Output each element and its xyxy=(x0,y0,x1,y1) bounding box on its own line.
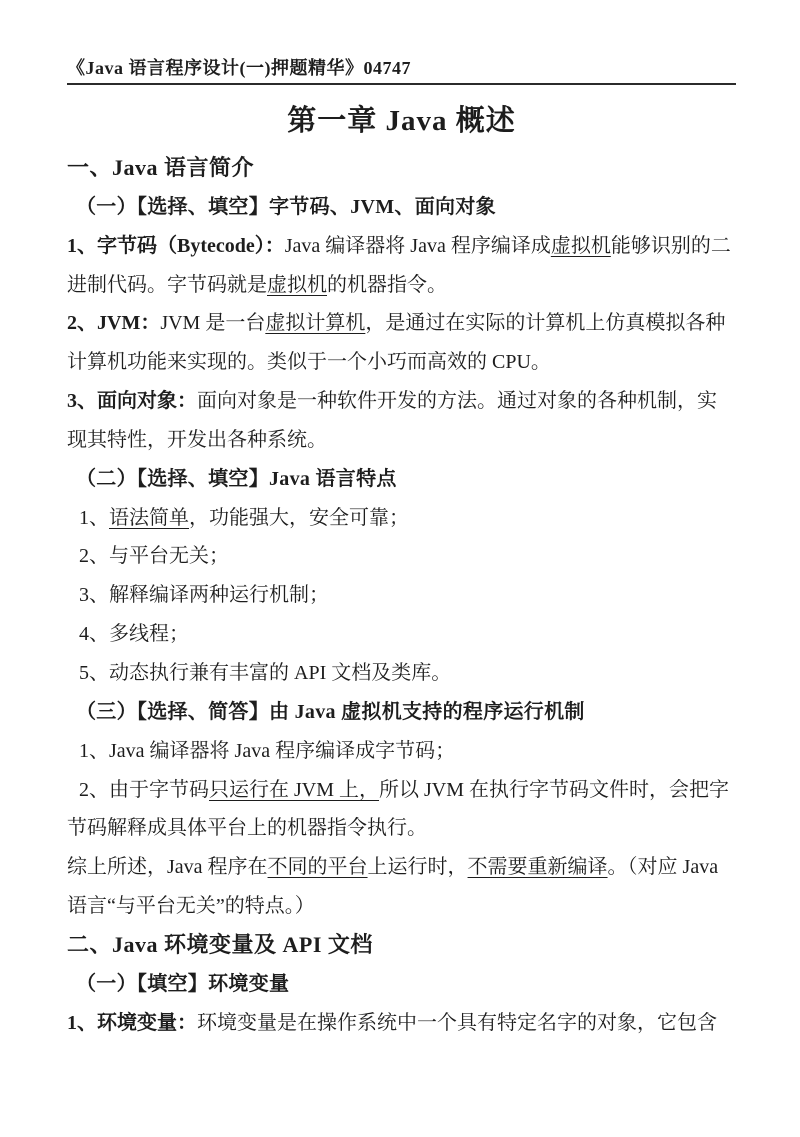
heading-line: （一）【填空】环境变量 xyxy=(76,965,736,1004)
text-line: 3、面向对象：面向对象是一种软件开发的方法。通过对象的各种机制，实 xyxy=(67,382,736,421)
text-line: 进制代码。字节码就是虚拟机的机器指令。 xyxy=(67,266,736,305)
text-line: 计算机功能来实现的。类似于一个小巧而高效的 CPU。 xyxy=(67,343,736,382)
text-segment: 。（对应 Java xyxy=(608,856,719,878)
bold-text: 1、字节码（Bytecode）： xyxy=(67,235,285,257)
text-segment: 现其特性，开发出各种系统。 xyxy=(67,429,327,451)
heading-line: （一）【选择、填空】字节码、JVM、面向对象 xyxy=(76,188,736,227)
heading-line: 二、Java 环境变量及 API 文档 xyxy=(67,926,736,965)
text-segment: 1、Java 编译器将 Java 程序编译成字节码； xyxy=(79,740,455,762)
underlined-text: 虚拟机 xyxy=(267,274,327,296)
text-line: 5、动态执行兼有丰富的 API 文档及类库。 xyxy=(79,654,736,693)
text-line: 1、语法简单，功能强大，安全可靠； xyxy=(79,499,736,538)
text-line: 2、与平台无关； xyxy=(79,537,736,576)
underlined-text: 不同的平台 xyxy=(268,856,368,878)
text-segment: （二）【选择、填空】Java 语言特点 xyxy=(76,468,397,490)
text-line: 语言“与平台无关”的特点。） xyxy=(67,887,736,926)
text-line: 现其特性，开发出各种系统。 xyxy=(67,421,736,460)
text-segment: 进制代码。字节码就是 xyxy=(67,274,267,296)
text-segment: 语言“与平台无关”的特点。） xyxy=(67,895,315,917)
text-segment: 5、动态执行兼有丰富的 API 文档及类库。 xyxy=(79,662,451,684)
underlined-text: 虚拟机 xyxy=(551,235,611,257)
text-segment: 1、 xyxy=(79,507,109,529)
document-header: 《Java 语言程序设计(一)押题精华》04747 xyxy=(67,0,736,85)
document-page: 《Java 语言程序设计(一)押题精华》04747 第一章 Java 概述 一、… xyxy=(0,0,800,1137)
text-segment: 节码解释成具体平台上的机器指令执行。 xyxy=(67,817,427,839)
heading-line: （三）【选择、简答】由 Java 虚拟机支持的程序运行机制 xyxy=(76,693,736,732)
header-title: 《Java 语言程序设计(一)押题精华》04747 xyxy=(67,58,411,78)
bold-text: 3、面向对象： xyxy=(67,390,197,412)
text-segment: 4、多线程； xyxy=(79,623,189,645)
text-segment: 面向对象是一种软件开发的方法。通过对象的各种机制，实 xyxy=(197,390,717,412)
text-line: 1、字节码（Bytecode）：Java 编译器将 Java 程序编译成虚拟机能… xyxy=(67,227,736,266)
text-segment: 环境变量是在操作系统中一个具有特定名字的对象，它包含 xyxy=(197,1012,717,1034)
underlined-text: 语法简单 xyxy=(109,507,189,529)
text-line: 1、环境变量：环境变量是在操作系统中一个具有特定名字的对象，它包含 xyxy=(67,1004,736,1043)
text-segment: Java 编译器将 Java 程序编译成 xyxy=(285,235,551,257)
text-line: 2、由于字节码只运行在 JVM 上，所以 JVM 在执行字节码文件时，会把字 xyxy=(79,771,736,810)
text-line: 1、Java 编译器将 Java 程序编译成字节码； xyxy=(79,732,736,771)
text-segment: （三）【选择、简答】由 Java 虚拟机支持的程序运行机制 xyxy=(76,701,585,723)
document-body: 一、Java 语言简介（一）【选择、填空】字节码、JVM、面向对象1、字节码（B… xyxy=(67,149,736,1042)
text-segment: ，是通过在实际的计算机上仿真模拟各种 xyxy=(365,312,725,334)
underlined-text: 虚拟计算机 xyxy=(265,312,365,334)
text-segment: 计算机功能来实现的。类似于一个小巧而高效的 CPU。 xyxy=(67,351,551,373)
text-segment: JVM 是一台 xyxy=(160,312,265,334)
text-segment: （一）【选择、填空】字节码、JVM、面向对象 xyxy=(76,196,496,218)
text-line: 2、JVM：JVM 是一台虚拟计算机，是通过在实际的计算机上仿真模拟各种 xyxy=(67,304,736,343)
heading-line: 一、Java 语言简介 xyxy=(67,149,736,188)
text-segment: 综上所述，Java 程序在 xyxy=(67,856,268,878)
text-segment: 二、Java 环境变量及 API 文档 xyxy=(67,932,373,957)
underlined-text: 只运行在 JVM 上， xyxy=(209,779,379,801)
text-segment: 所以 JVM 在执行字节码文件时，会把字 xyxy=(379,779,729,801)
text-line: 综上所述，Java 程序在不同的平台上运行时，不需要重新编译。（对应 Java xyxy=(67,848,736,887)
underlined-text: 不需要重新编译 xyxy=(468,856,608,878)
chapter-title: 第一章 Java 概述 xyxy=(67,99,736,143)
text-line: 4、多线程； xyxy=(79,615,736,654)
text-segment: 上运行时， xyxy=(368,856,468,878)
text-segment: ，功能强大，安全可靠； xyxy=(189,507,409,529)
text-line: 节码解释成具体平台上的机器指令执行。 xyxy=(67,809,736,848)
text-segment: 3、解释编译两种运行机制； xyxy=(79,584,329,606)
heading-line: （二）【选择、填空】Java 语言特点 xyxy=(76,460,736,499)
text-segment: 的机器指令。 xyxy=(327,274,447,296)
bold-text: 2、JVM： xyxy=(67,312,160,334)
text-segment: （一）【填空】环境变量 xyxy=(76,973,289,995)
text-segment: 2、由于字节码 xyxy=(79,779,209,801)
text-line: 3、解释编译两种运行机制； xyxy=(79,576,736,615)
text-segment: 2、与平台无关； xyxy=(79,545,229,567)
text-segment: 能够识别的二 xyxy=(611,235,731,257)
bold-text: 1、环境变量： xyxy=(67,1012,197,1034)
text-segment: 一、Java 语言简介 xyxy=(67,155,254,180)
